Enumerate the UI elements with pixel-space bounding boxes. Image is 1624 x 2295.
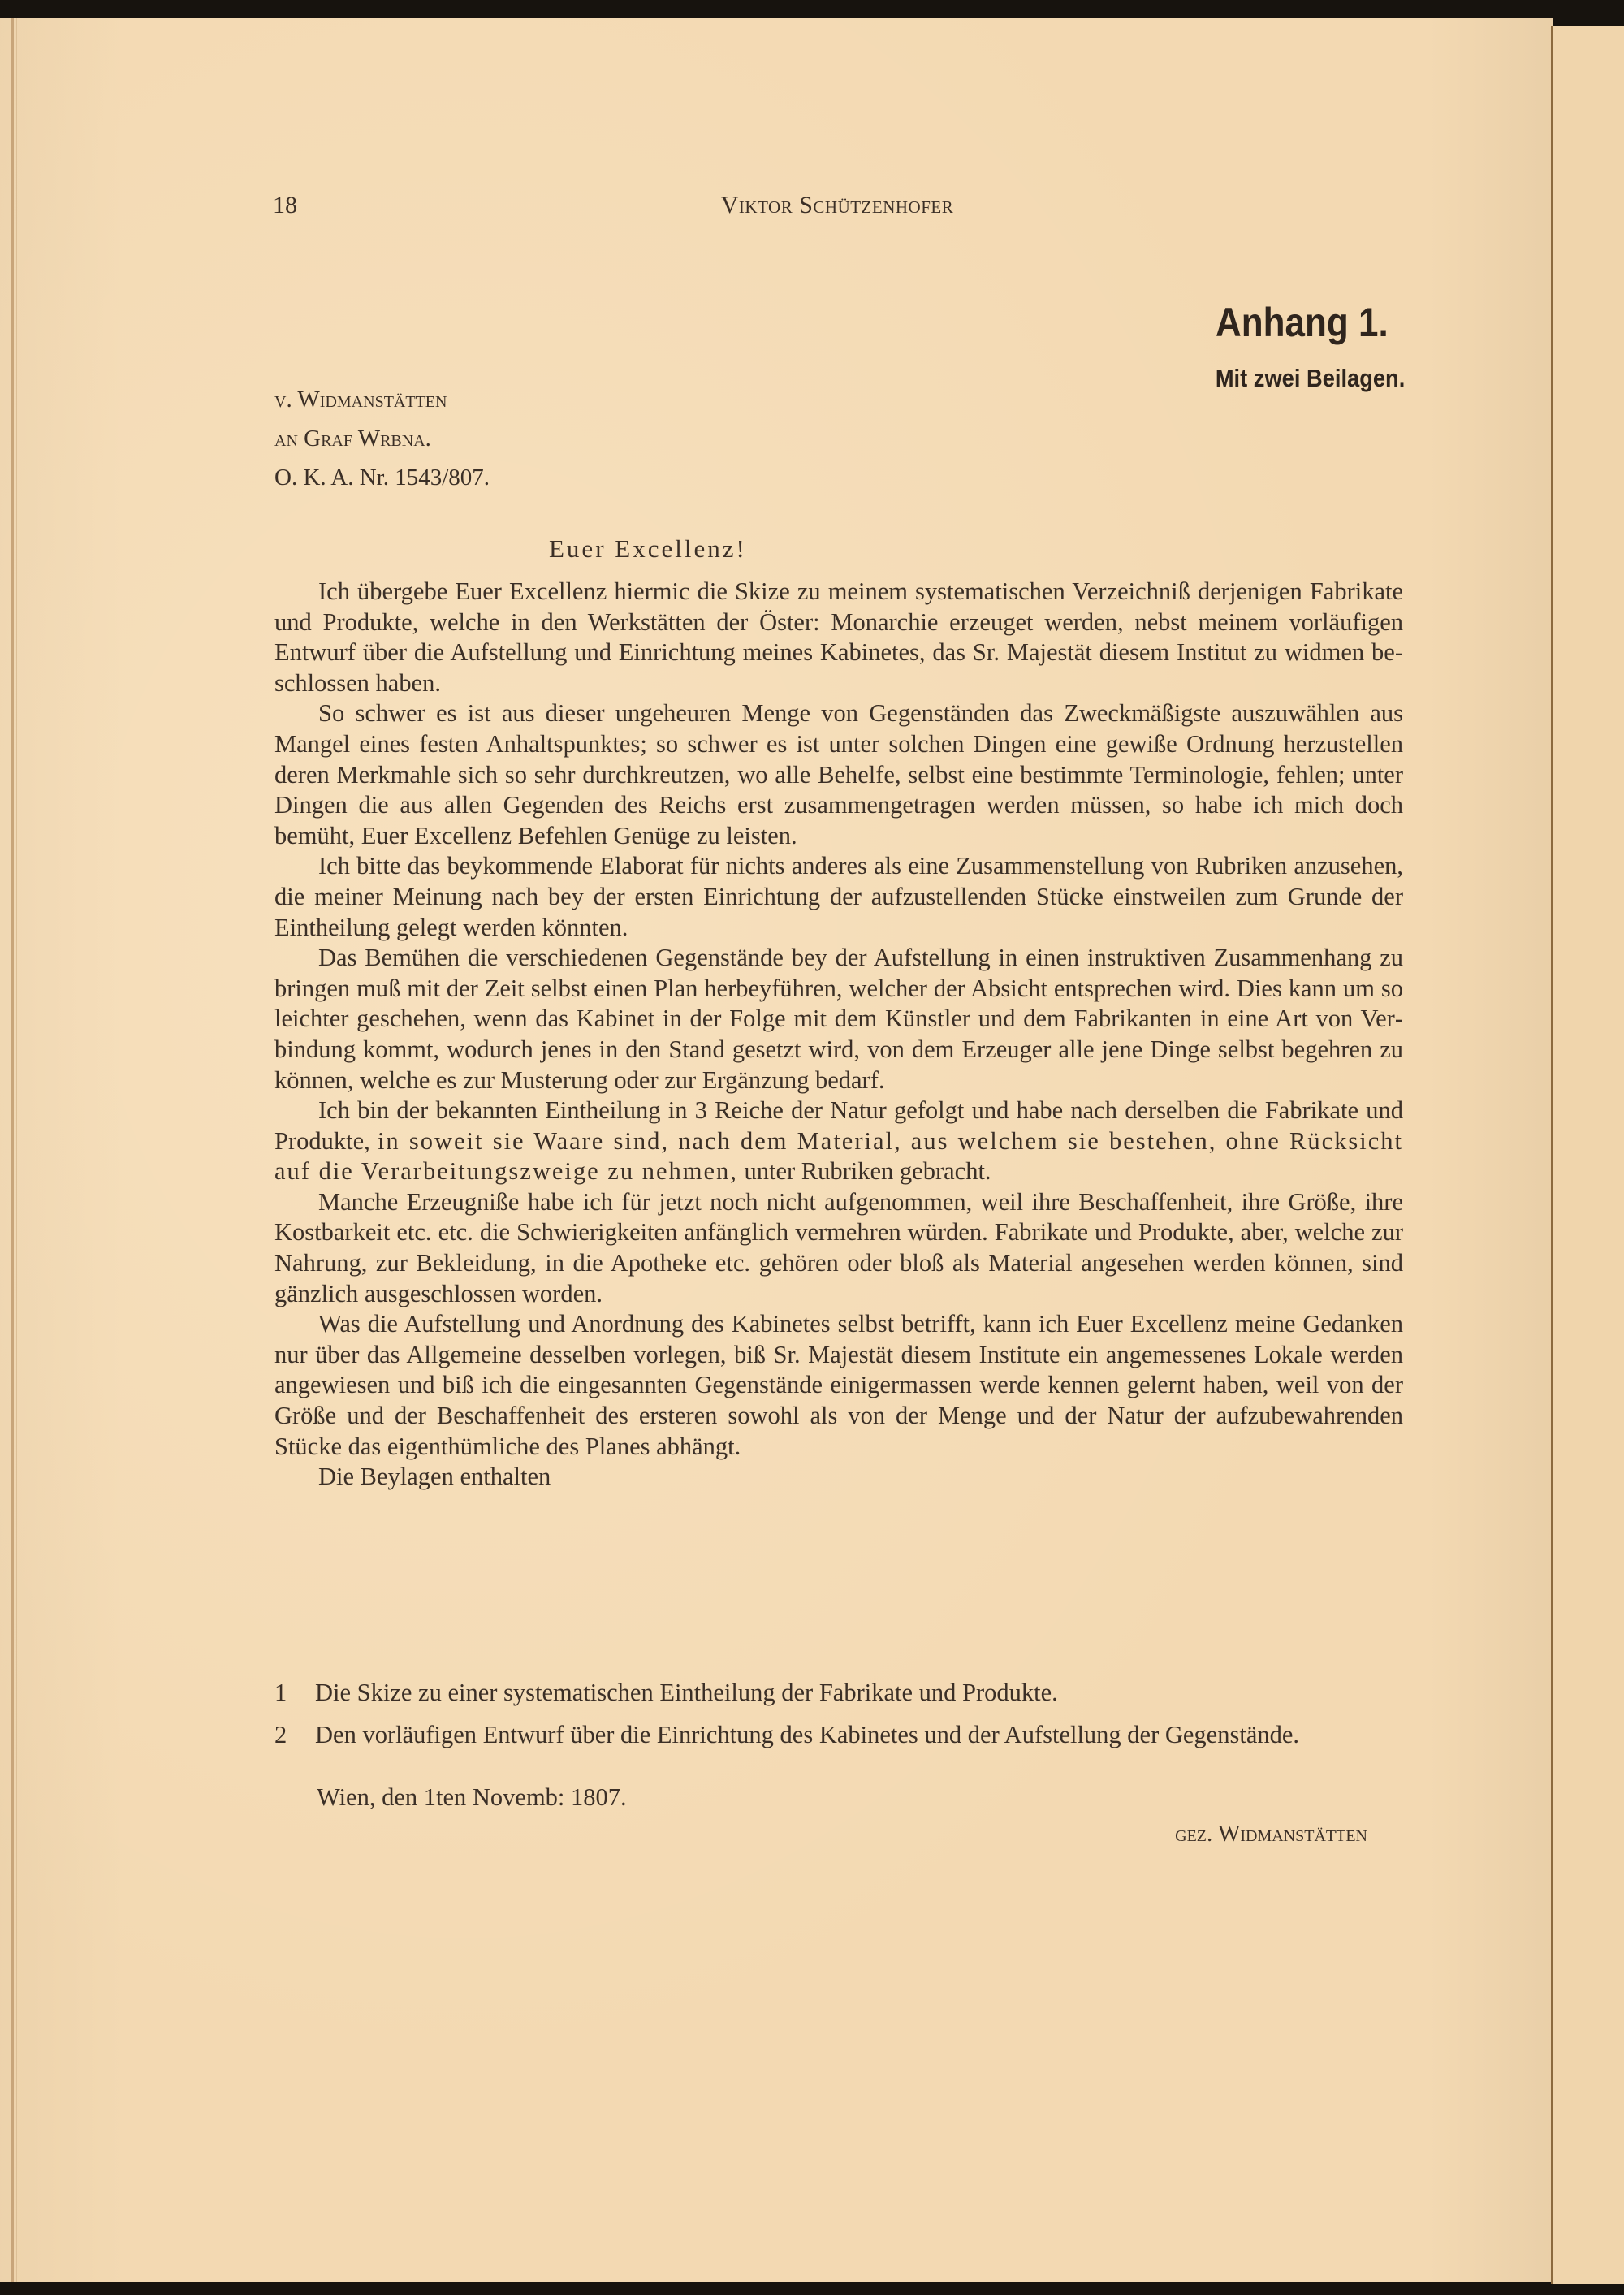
- letter-body: Ich übergebe Euer Excellenz hiermic die …: [274, 577, 1403, 1493]
- dateline: Wien, den 1ten Novemb: 1807.: [317, 1783, 627, 1812]
- enclosure-item: 1 Die Skize zu einer systematischen Eint…: [274, 1678, 1403, 1709]
- paragraph: Das Bemühen die verschiedenen Gegenständ…: [274, 943, 1403, 1096]
- recipient-line: an Graf Wrbna.: [274, 426, 431, 452]
- book-gutter: [1551, 26, 1553, 2284]
- appendix-title: Anhang 1.: [1216, 299, 1389, 346]
- paragraph: Ich bitte das beykommende Elaborat für n…: [274, 851, 1403, 943]
- page-edge-line: [11, 18, 14, 2282]
- paragraph: Manche Erzeugniße habe ich für jetzt noc…: [274, 1187, 1403, 1309]
- enclosure-number: 2: [274, 1720, 287, 1751]
- sender-line: v. Widmanstätten: [274, 387, 447, 413]
- enclosure-list: 1 Die Skize zu einer systematischen Eint…: [274, 1678, 1403, 1761]
- running-title: Viktor Schützenhofer: [273, 192, 1402, 219]
- paragraph: Die Beylagen enthalten: [274, 1462, 1403, 1493]
- adjacent-page-edge: [1553, 26, 1624, 2284]
- enclosure-item: 2 Den vorläufigen Entwurf über die Einri…: [274, 1720, 1403, 1751]
- enclosure-text: Den vorläufigen Entwurf über die Einrich…: [315, 1721, 1299, 1748]
- enclosure-number: 1: [274, 1678, 287, 1709]
- paragraph: Ich übergebe Euer Excellenz hiermic die …: [274, 577, 1403, 698]
- salutation: Euer Excellenz!: [549, 534, 747, 564]
- page-edge-line-inner: [16, 18, 17, 2282]
- appendix-subtitle: Mit zwei Beilagen.: [1216, 364, 1405, 393]
- enclosure-text: Die Skize zu einer systematischen Einthe…: [315, 1679, 1058, 1706]
- signature: gez. Widmanstätten: [1175, 1821, 1367, 1848]
- paragraph-text: unter Rubriken gebracht.: [738, 1157, 991, 1185]
- paragraph: So schwer es ist aus dieser ungeheuren M…: [274, 698, 1403, 851]
- running-head: 18 Viktor Schützenhofer: [273, 192, 1402, 224]
- paragraph: Was die Aufstellung und Anordnung des Ka…: [274, 1309, 1403, 1462]
- paragraph: Ich bin der bekannten Eintheilung in 3 R…: [274, 1096, 1403, 1187]
- archive-reference: O. K. A. Nr. 1543/807.: [274, 465, 490, 491]
